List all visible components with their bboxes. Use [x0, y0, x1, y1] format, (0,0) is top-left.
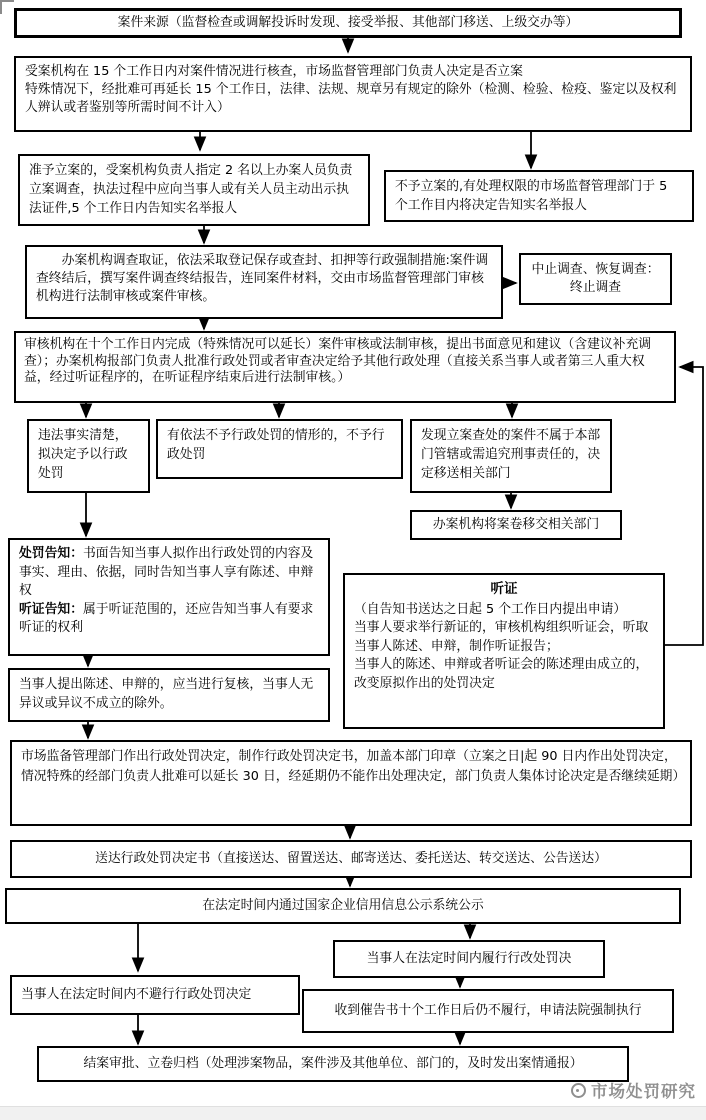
- watermark: 市场处罚研究: [571, 1078, 696, 1102]
- box-penalty-notice: 处罚告知：书面告知当事人拟作出行政处罚的内容及事实、理由、依据，同时告知当事人享…: [8, 538, 330, 656]
- box-transfer-case: 发现立案查处的案件不属于本部门管辖或需追究刑事责任的，决定移送相关部门: [410, 419, 612, 493]
- box-case-source: 案件来源（监督检查或调解投诉时发现、接受举报、其他部门移送、上级交办等）: [14, 8, 682, 38]
- box-clear-facts: 违法事实清楚，拟决定予以行政处罚: [27, 419, 150, 493]
- penalty-notice-label: 处罚告知：: [19, 546, 83, 561]
- box-publicity: 在法定时间内通过国家企业信用信息公示系统公示: [5, 888, 681, 924]
- hearing-body: （自告知书送达之日起 5 个工作日内提出申请） 当事人要求举行新证的，审核机构组…: [354, 602, 648, 691]
- box-court-enforcement: 收到催告书十个工作日后仍不履行，申请法院强制执行: [302, 989, 674, 1033]
- box-case-approved: 准予立案的，受案机构负责人指定 2 名以上办案人员负责立案调查，执法过程中应向当…: [18, 154, 370, 226]
- box-penalty-decision: 市场监备管理部门作出行政处罚决定，制作行政处罚决定书，加盖本部门印章（立案之日|…: [10, 740, 692, 826]
- watermark-label: 市场处罚研究: [591, 1078, 696, 1102]
- watermark-logo-icon: [571, 1083, 586, 1098]
- box-no-penalty: 有依法不予行政处罚的情形的，不予行政处罚: [156, 419, 403, 479]
- box-hearing: 听证 （自告知书送达之日起 5 个工作日内提出申请） 当事人要求举行新证的，审核…: [343, 573, 665, 729]
- box-suspend-investigation: 中止调查、恢复调查： 终止调查: [519, 253, 672, 305]
- loop-hearing-to-review: [665, 367, 703, 645]
- box-case-not-approved: 不予立案的,有处理权限的市场监督管理部门于 5 个工作目内将决定告知实名举报人: [384, 170, 694, 222]
- box-investigation: 办案机构调查取证，依法采取登记保存或查封、扣押等行政强制措施:案件调查终结后，撰…: [25, 245, 503, 319]
- box-case-check: 受案机构在 15 个工作日内对案件情况进行核查，市场监督管理部门负责人决定是否立…: [14, 56, 692, 132]
- box-delivery: 送达行政处罚决定书（直接送达、留置送达、邮寄送达、委托送达、转交送达、公告送达）: [10, 840, 692, 878]
- box-review: 审核机构在十个工作日内完成（特殊情况可以延长）案件审核或法制审核，提出书面意见和…: [14, 331, 676, 403]
- box-case-closing: 结案审批、立卷归档（处理涉案物品，案件涉及其他单位、部门的，及时发出案情通报）: [37, 1046, 629, 1082]
- hearing-title: 听证: [354, 580, 654, 600]
- box-not-perform-decision: 当事人在法定时间内不避行行政处罚决定: [10, 975, 300, 1015]
- box-statement-review: 当事人提出陈述、申辩的，应当进行复核，当事人无异议或异议不成立的除外。: [8, 668, 330, 722]
- footer-band: [0, 1106, 706, 1120]
- page-corner-mark: [0, 0, 14, 14]
- flowchart-page: 案件来源（监督检查或调解投诉时发现、接受举报、其他部门移送、上级交办等） 受案机…: [0, 0, 706, 1120]
- box-transfer-file: 办案机构将案卷移交相关部门: [410, 510, 622, 540]
- hearing-notice-label: 听证告知：: [19, 602, 83, 617]
- box-perform-decision: 当事人在法定时间内履行行改处罚决: [333, 940, 605, 978]
